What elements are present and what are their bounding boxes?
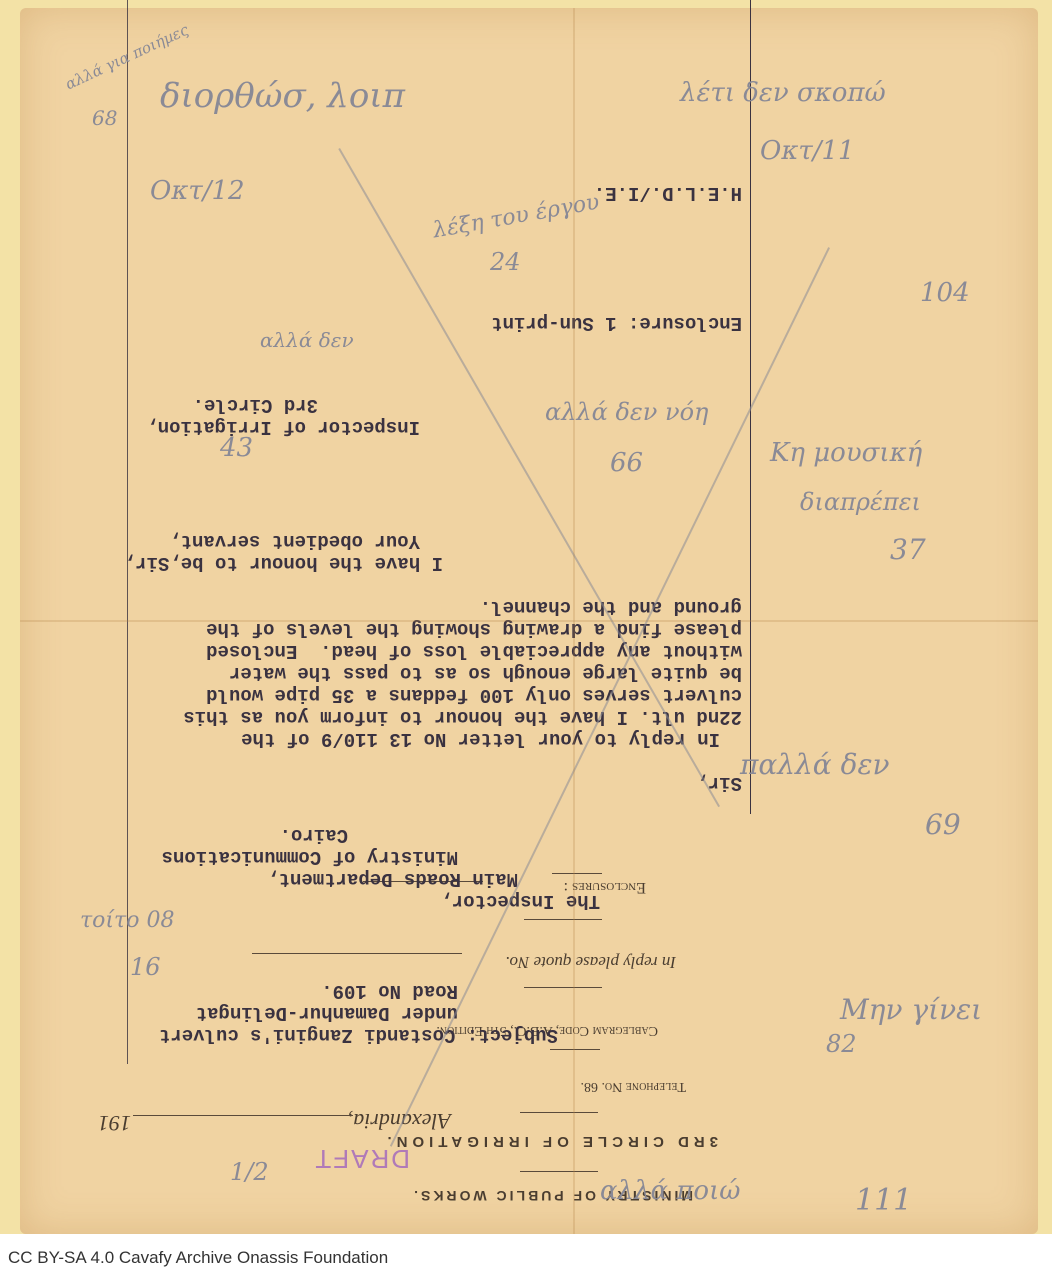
body-line: without any appreciable loss of head. En…: [206, 640, 742, 662]
pencil-number: 16: [130, 953, 161, 981]
pencil-note: διαπρέπει: [800, 488, 921, 516]
body-line: culvert serves only 100 feddans a 35 pip…: [206, 684, 742, 706]
pencil-number: 82: [826, 1030, 857, 1058]
letter-year: 191: [98, 1110, 131, 1136]
pencil-note: τοίτο 08: [80, 908, 174, 933]
draft-stamp: DRAFT: [313, 1143, 410, 1174]
pencil-number: 1/2: [230, 1158, 269, 1186]
body-line: be quite large enough so as to pass the …: [229, 662, 742, 684]
divider: [524, 987, 602, 988]
salutation: Sir,: [696, 772, 742, 794]
addressee-line: Cairo.: [280, 824, 348, 846]
margin-rule: [127, 0, 128, 1064]
divider: [552, 873, 602, 874]
letterhead-circle: 3RD CIRCLE OF IRRIGATION.: [382, 1133, 718, 1150]
pencil-number: 111: [855, 1183, 912, 1218]
body-line: 22nd ult. I have the honour to inform yo…: [183, 706, 742, 728]
pencil-note: αλλά δεν: [260, 328, 354, 352]
body-line: ground and the channel.: [480, 596, 742, 618]
pencil-number: 43: [220, 433, 253, 463]
reply-number-line: [252, 953, 462, 954]
addressee-line: Main Roads Department,: [267, 868, 518, 890]
pencil-number: 68: [92, 106, 117, 130]
document-page: MINISTRY OF PUBLIC WORKS. 3RD CIRCLE OF …: [20, 8, 1038, 1234]
signature-line: Inspector of Irrigation,: [146, 416, 420, 438]
credit-bar: CC BY-SA 4.0 Cavafy Archive Onassis Foun…: [0, 1234, 1052, 1282]
credit-text: CC BY-SA 4.0 Cavafy Archive Onassis Foun…: [8, 1248, 388, 1268]
pencil-note: αλλά δεν νόη: [545, 398, 708, 426]
divider: [550, 1049, 600, 1050]
pencil-number: 104: [920, 278, 970, 308]
telephone-number: Telephone No. 68.: [580, 1078, 686, 1094]
fold-crease: [20, 620, 1038, 622]
subject-line: Subject: Costandi Zangini's culvert: [159, 1024, 558, 1046]
pencil-number: 66: [610, 448, 643, 478]
divider: [520, 1112, 598, 1113]
pencil-note: παλλά δεν: [740, 748, 890, 781]
closing-line: I have the honour to be,Sir,: [124, 552, 443, 574]
addressee-line: Ministry of Communications: [162, 846, 458, 868]
enclosure-note: Enclosure: 1 Sun-print: [491, 312, 742, 334]
pencil-note: Κη μουσική: [770, 438, 922, 468]
divider: [524, 919, 602, 920]
subject-line: under Damanhur-Delingat: [196, 1002, 458, 1024]
signature-line: 3rd Circle.: [193, 394, 318, 416]
date-line: [133, 1115, 353, 1116]
closing-line: Your obedient servant,: [169, 530, 420, 552]
pencil-date: Οκτ/12: [150, 176, 245, 206]
pencil-note: Μην γίνει: [840, 993, 982, 1026]
pencil-number: 24: [490, 248, 521, 276]
reply-quote-label: In reply please quote No.: [505, 952, 676, 972]
pencil-note: διορθώσ, λοιπ: [160, 76, 405, 116]
reference-code: H.E.L.D./I.E.: [594, 182, 742, 204]
pencil-note: αλλά ποιώ: [600, 1176, 740, 1206]
divider: [520, 1171, 598, 1172]
subject-line: Road No 109.: [321, 980, 458, 1002]
pencil-number: 69: [925, 808, 961, 841]
pencil-number: 37: [890, 533, 926, 566]
pencil-note: λέτι δεν σκοπώ: [680, 78, 886, 108]
pencil-date: Οκτ/11: [760, 136, 855, 166]
body-line: In reply to your letter No 13 110/9 of t…: [241, 728, 720, 750]
addressee-line: The Inspector,: [440, 890, 600, 912]
